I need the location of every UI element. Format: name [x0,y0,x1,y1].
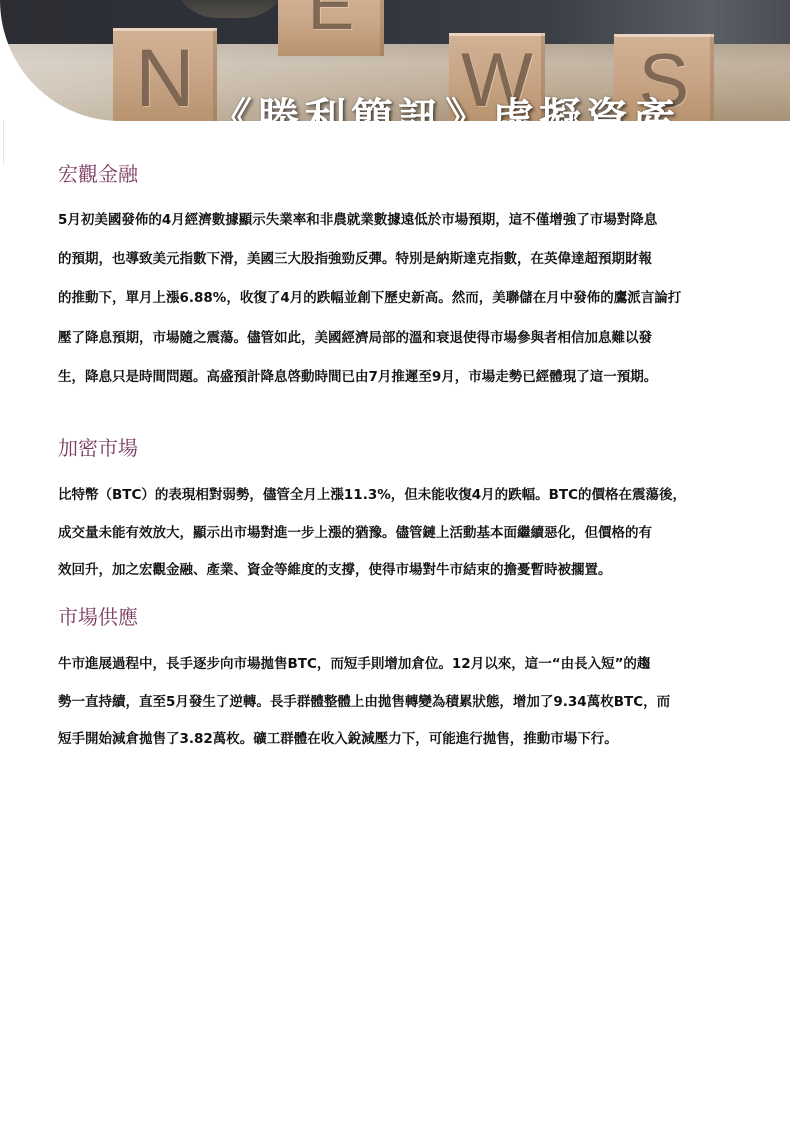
block-letter: N [113,34,217,121]
text-line: 生，降息只是時間問題。高盛預計降息啓動時間已由7月推遲至9月，市場走勢已經體現了… [58,358,758,397]
section-body-market-supply: 牛市進展過程中，長手逐步向市場拋售BTC，而短手則增加倉位。12月以來，這一“由… [58,646,758,759]
text-line: 比特幣（BTC）的表現相對弱勢，儘管全月上漲11.3%，但未能收復4月的跌幅。B… [58,477,758,515]
text-line: 的推動下，單月上漲6.88%，收復了4月的跌幅並創下歷史新高。然而，美聯儲在月中… [58,279,758,318]
news-banner: E N W S 《勝利簡訊》虛擬資產 [0,0,790,121]
text-line: 短手開始減倉拋售了3.82萬枚。礦工群體在收入銳減壓力下，可能進行拋售，推動市場… [58,721,758,759]
section-body-crypto-market: 比特幣（BTC）的表現相對弱勢，儘管全月上漲11.3%，但未能收復4月的跌幅。B… [58,477,758,590]
section-title-crypto-market: 加密市場 [58,434,138,462]
section-title-market-supply: 市場供應 [58,603,138,631]
text-line: 的預期，也導致美元指數下滑，美國三大股指強勁反彈。特別是納斯達克指數，在英偉達超… [58,240,758,279]
text-line: 壓了降息預期，市場隨之震蕩。儘管如此，美國經濟局部的溫和衰退使得市場參與者相信加… [58,319,758,358]
text-line: 牛市進展過程中，長手逐步向市場拋售BTC，而短手則增加倉位。12月以來，這一“由… [58,646,758,684]
section-title-macro-finance: 宏觀金融 [58,160,138,188]
wood-block-n: N [113,28,217,121]
text-line: 成交量未能有效放大，顯示出市場對進一步上漲的猶豫。儘管鏈上活動基本面繼續惡化，但… [58,515,758,553]
page-edge-rule [3,120,4,165]
banner-title: 《勝利簡訊》虛擬資產 [210,91,680,121]
text-line: 勢一直持續，直至5月發生了逆轉。長手群體整體上由拋售轉變為積累狀態，增加了9.3… [58,684,758,722]
section-body-macro-finance: 5月初美國發佈的4月經濟數據顯示失業率和非農就業數據遠低於市場預期，這不僅增強了… [58,201,758,397]
wood-block-e: E [278,0,384,56]
text-line: 5月初美國發佈的4月經濟數據顯示失業率和非農就業數據遠低於市場預期，這不僅增強了… [58,201,758,240]
text-line: 效回升，加之宏觀金融、產業、資金等維度的支撐，使得市場對牛市結束的擔憂暫時被擱置… [58,552,758,590]
block-letter: E [278,0,384,50]
